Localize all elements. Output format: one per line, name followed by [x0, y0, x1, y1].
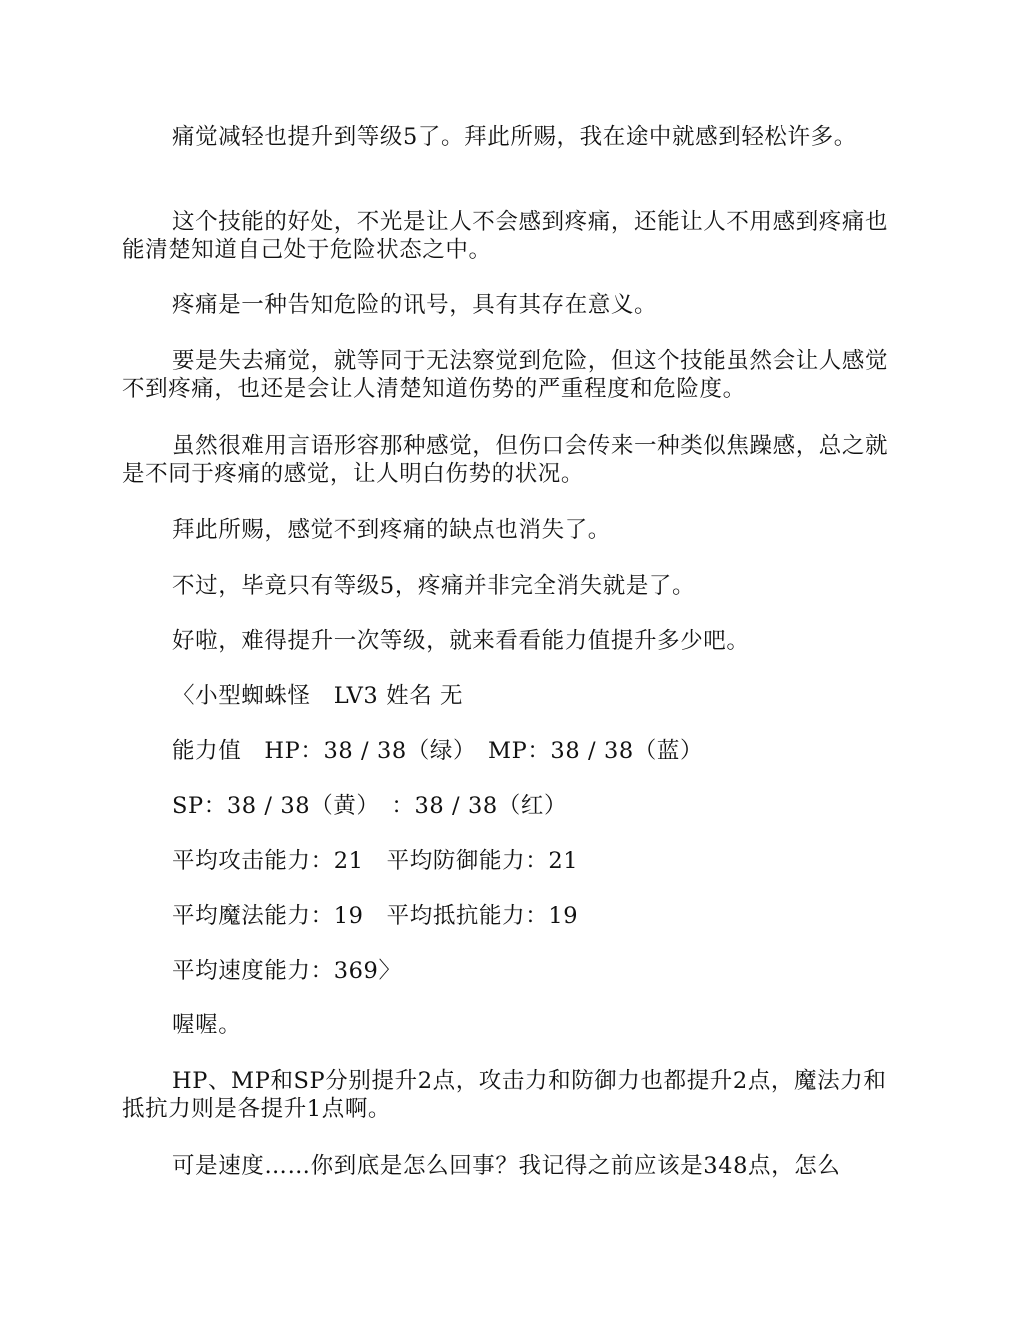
status-spd: 平均速度能力：369〉	[172, 957, 872, 985]
paragraph: 这个技能的好处，不光是让人不会感到疼痛，还能让人不用感到疼痛也能清楚知道自己处于…	[122, 208, 902, 264]
status-mag-res: 平均魔法能力：19 平均抵抗能力：19	[172, 902, 872, 930]
status-atk-def: 平均攻击能力：21 平均防御能力：21	[172, 847, 872, 875]
paragraph: HP、MP和SP分别提升2点，攻击力和防御力也都提升2点，魔法力和抵抗力则是各提…	[122, 1067, 902, 1123]
paragraph: 虽然很难用言语形容那种感觉，但伤口会传来一种类似焦躁感，总之就是不同于疼痛的感觉…	[122, 432, 902, 488]
status-header: 〈小型蜘蛛怪 LV3 姓名 无	[172, 682, 872, 710]
status-hp-mp: 能力值 HP：38 / 38（绿） MP：38 / 38（蓝）	[172, 737, 872, 765]
paragraph: 要是失去痛觉，就等同于无法察觉到危险，但这个技能虽然会让人感觉不到疼痛，也还是会…	[122, 347, 902, 403]
paragraph: 拜此所赐，感觉不到疼痛的缺点也消失了。	[122, 516, 902, 544]
document-page: 痛觉减轻也提升到等级5了。拜此所赐，我在途中就感到轻松许多。 这个技能的好处，不…	[0, 0, 1020, 1320]
paragraph: 痛觉减轻也提升到等级5了。拜此所赐，我在途中就感到轻松许多。	[122, 123, 902, 151]
paragraph: 疼痛是一种告知危险的讯号，具有其存在意义。	[122, 291, 902, 319]
paragraph: 可是速度……你到底是怎么回事？我记得之前应该是348点，怎么	[122, 1152, 902, 1180]
paragraph: 不过，毕竟只有等级5，疼痛并非完全消失就是了。	[122, 572, 902, 600]
paragraph: 好啦，难得提升一次等级，就来看看能力值提升多少吧。	[122, 627, 902, 655]
status-sp: SP：38 / 38（黄） ：38 / 38（红）	[172, 792, 872, 820]
paragraph: 喔喔。	[122, 1011, 902, 1039]
